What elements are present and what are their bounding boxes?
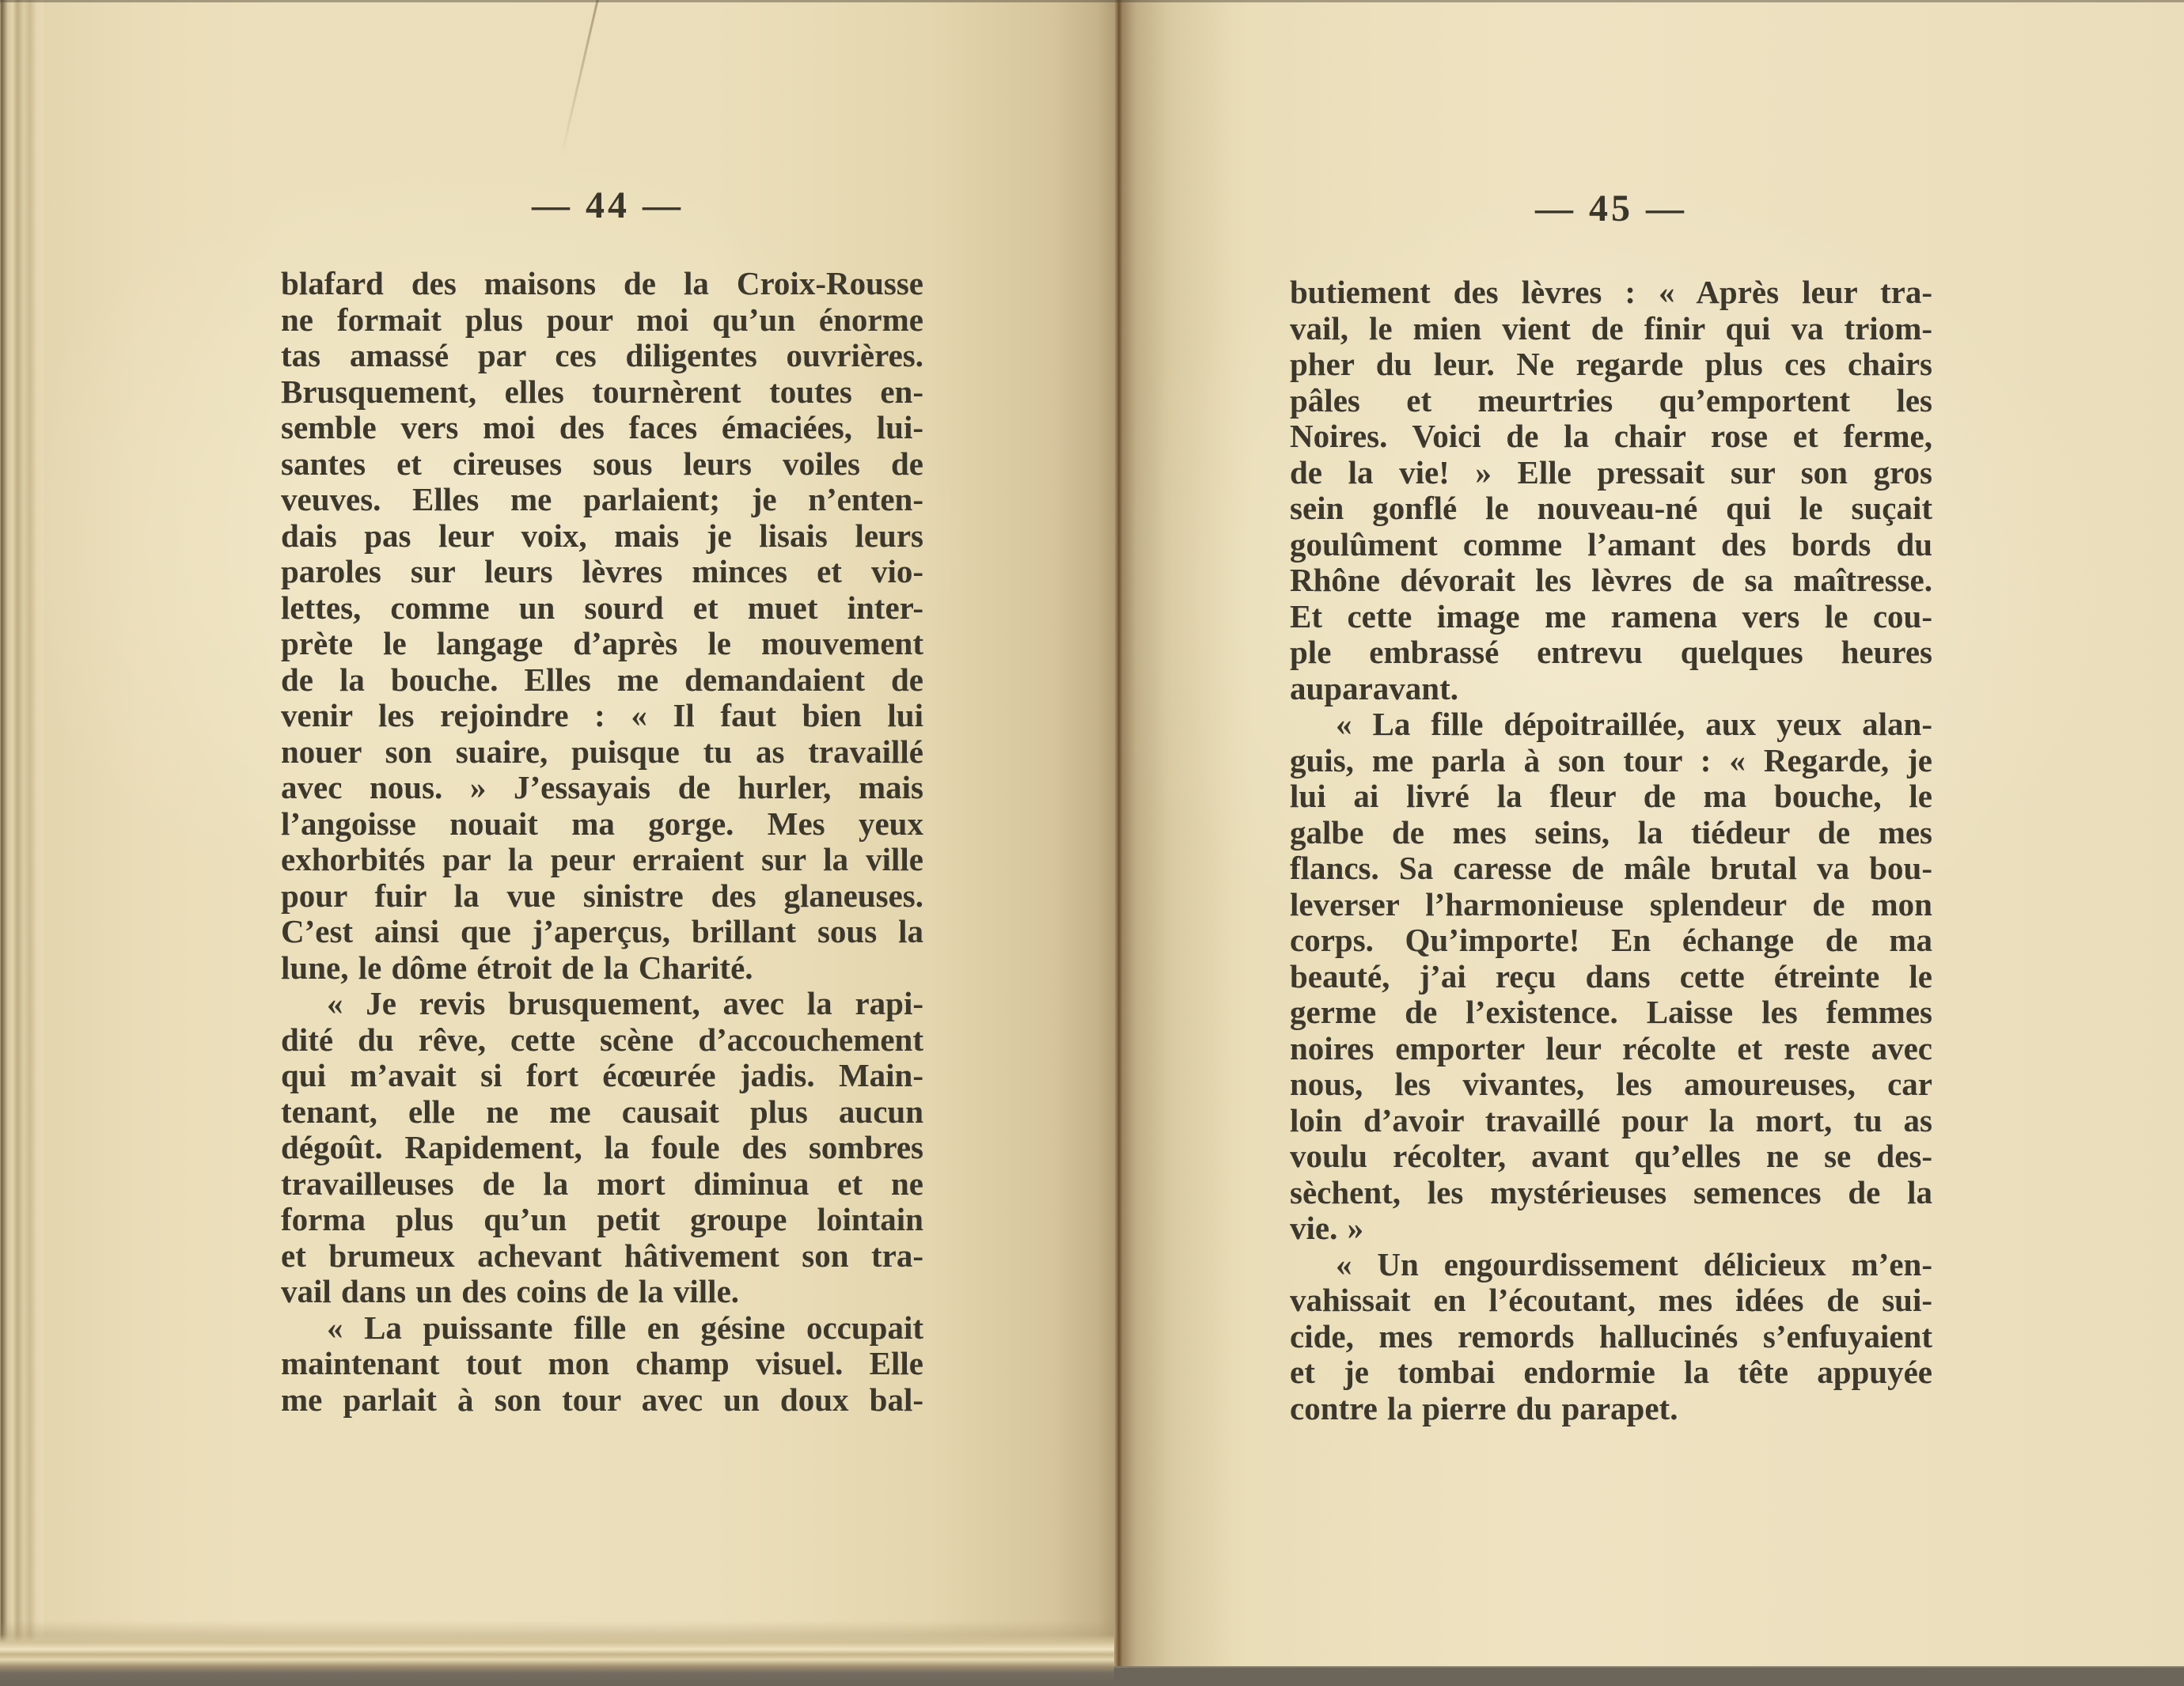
text-line: lune, le dôme étroit de la Charité. — [281, 950, 923, 987]
text-line: de la vie! » Elle pressait sur son gros — [1290, 455, 1932, 491]
text-line: vail dans un des coins de la ville. — [281, 1274, 923, 1310]
text-line: auparavant. — [1290, 671, 1932, 707]
text-line: travailleuses de la mort diminua et ne — [281, 1166, 923, 1203]
text-line: cide, mes remords hallucinés s’enfuyaien… — [1290, 1319, 1932, 1355]
text-line: et je tombai endormie la tête appuyée — [1290, 1354, 1932, 1391]
text-line: guis, me parla à son tour : « Regarde, j… — [1290, 743, 1932, 779]
text-line: dais pas leur voix, mais je lisais leurs — [281, 518, 923, 555]
page-number-44: — 44 — — [505, 184, 711, 227]
text-line: « La fille dépoitraillée, aux yeux alan- — [1290, 707, 1932, 743]
text-line: Et cette image me ramena vers le cou- — [1290, 599, 1932, 635]
text-line: leverser l’harmonieuse splendeur de mon — [1290, 887, 1932, 923]
text-line: tenant, elle ne me causait plus aucun — [281, 1094, 923, 1131]
page-stack-bottom-edge — [0, 1620, 1114, 1686]
text-line: Noires. Voici de la chair rose et ferme, — [1290, 419, 1932, 455]
text-line: sein gonflé le nouveau-né qui le suçait — [1290, 491, 1932, 527]
text-line: flancs. Sa caresse de mâle brutal va bou… — [1290, 851, 1932, 887]
text-line: paroles sur leurs lèvres minces et vio- — [281, 554, 923, 590]
text-line: nous, les vivantes, les amoureuses, car — [1290, 1067, 1932, 1103]
text-line: lui ai livré la fleur de ma bouche, le — [1290, 779, 1932, 815]
text-line: dité du rêve, cette scène d’accouchement — [281, 1022, 923, 1059]
scanner-background-strip — [1114, 1666, 2184, 1686]
text-line: maintenant tout mon champ visuel. Elle — [281, 1346, 923, 1382]
text-line: santes et cireuses sous leurs voiles de — [281, 446, 923, 483]
text-line: semble vers moi des faces émaciées, lui- — [281, 410, 923, 446]
text-line: « La puissante fille en gésine occupait — [281, 1310, 923, 1347]
text-line: prète le langage d’après le mouvement — [281, 626, 923, 662]
text-line: voulu récolter, avant qu’elles ne se des… — [1290, 1139, 1932, 1175]
text-line: butiement des lèvres : « Après leur tra- — [1290, 275, 1932, 311]
text-line: ple embrassé entrevu quelques heures — [1290, 635, 1932, 671]
page-number-45: — 45 — — [1508, 187, 1714, 230]
text-line: qui m’avait si fort écœurée jadis. Main- — [281, 1058, 923, 1094]
text-line: dégoût. Rapidement, la foule des sombres — [281, 1130, 923, 1166]
text-line: ne formait plus pour moi qu’un énorme — [281, 302, 923, 339]
text-line: sèchent, les mystérieuses semences de la — [1290, 1175, 1932, 1211]
text-line: pher du leur. Ne regarde plus ces chairs — [1290, 347, 1932, 383]
text-line: C’est ainsi que j’aperçus, brillant sous… — [281, 914, 923, 950]
text-line: tas amassé par ces diligentes ouvrières. — [281, 338, 923, 374]
text-line: avec nous. » J’essayais de hurler, mais — [281, 770, 923, 806]
page-stack-left-edge — [0, 0, 46, 1686]
text-line: de la bouche. Elles me demandaient de — [281, 662, 923, 699]
page-45-text-column: butiement des lèvres : « Après leur tra-… — [1290, 275, 1932, 1426]
text-line: veuves. Elles me parlaient; je n’enten- — [281, 482, 923, 518]
binding-gutter — [1052, 0, 1234, 1686]
text-line: beauté, j’ai reçu dans cette étreinte le — [1290, 959, 1932, 995]
text-line: nouer son suaire, puisque tu as travaill… — [281, 734, 923, 771]
text-line: Rhône dévorait les lèvres de sa maîtress… — [1290, 563, 1932, 599]
text-line: et brumeux achevant hâtivement son tra- — [281, 1238, 923, 1275]
text-line: lettes, comme un sourd et muet inter- — [281, 590, 923, 627]
text-line: germe de l’existence. Laisse les femmes — [1290, 995, 1932, 1031]
text-line: « Je revis brusquement, avec la rapi- — [281, 986, 923, 1022]
text-line: vail, le mien vient de finir qui va trio… — [1290, 311, 1932, 347]
text-line: me parlait à son tour avec un doux bal- — [281, 1382, 923, 1419]
text-line: « Un engourdissement délicieux m’en- — [1290, 1247, 1932, 1283]
text-line: exhorbités par la peur erraient sur la v… — [281, 842, 923, 878]
page-44-text-column: blafard des maisons de la Croix-Roussene… — [281, 266, 923, 1418]
scan-top-edge — [0, 0, 2184, 2]
text-line: Brusquement, elles tournèrent toutes en- — [281, 374, 923, 411]
text-line: corps. Qu’importe! En échange de ma — [1290, 923, 1932, 959]
text-line: contre la pierre du parapet. — [1290, 1391, 1932, 1427]
text-line: noires emporter leur récolte et reste av… — [1290, 1031, 1932, 1067]
text-line: venir les rejoindre : « Il faut bien lui — [281, 698, 923, 734]
book-scan: — 44 — — 45 — blafard des maisons de la … — [0, 0, 2184, 1686]
text-line: blafard des maisons de la Croix-Rousse — [281, 266, 923, 302]
text-line: galbe de mes seins, la tiédeur de mes — [1290, 815, 1932, 851]
text-line: pâles et meurtries qu’emportent les — [1290, 383, 1932, 419]
text-line: vahissait en l’écoutant, mes idées de su… — [1290, 1282, 1932, 1319]
text-line: loin d’avoir travaillé pour la mort, tu … — [1290, 1103, 1932, 1139]
text-line: vie. » — [1290, 1211, 1932, 1247]
text-line: pour fuir la vue sinistre des glaneuses. — [281, 878, 923, 915]
text-line: forma plus qu’un petit groupe lointain — [281, 1202, 923, 1238]
text-line: l’angoisse nouait ma gorge. Mes yeux — [281, 806, 923, 843]
text-line: goulûment comme l’amant des bords du — [1290, 527, 1932, 563]
